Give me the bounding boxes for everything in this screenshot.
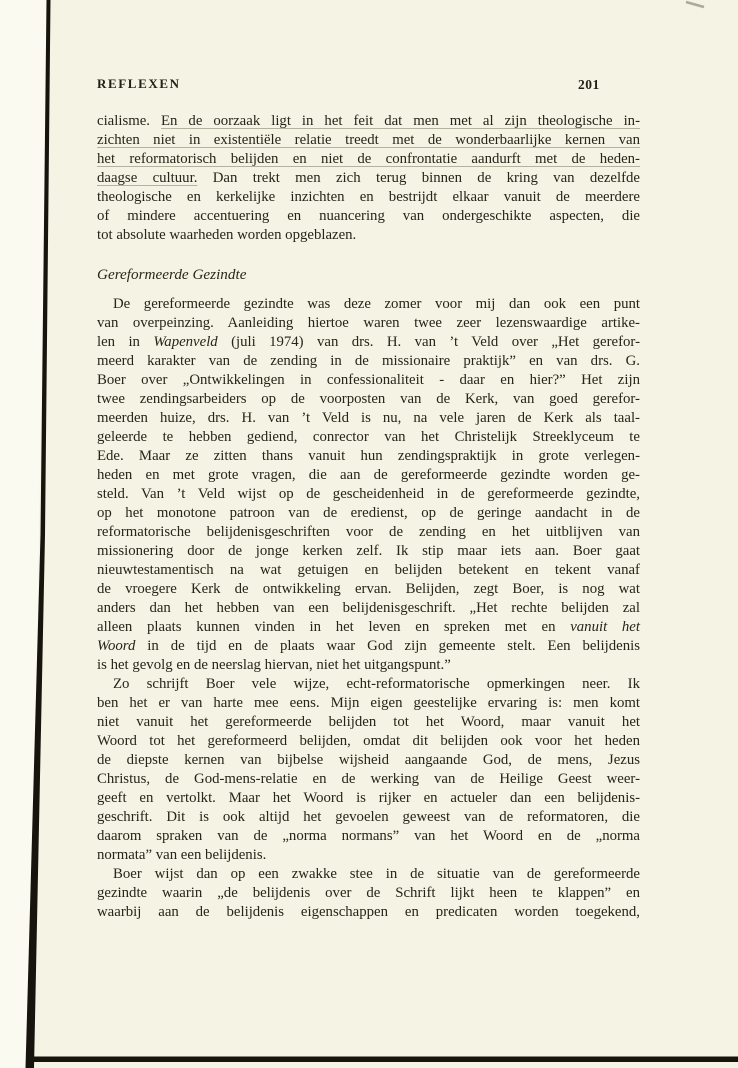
text-run: Boer wijst dan op een zwakke stee in de … [113, 866, 640, 882]
text-run: Zo schrijft Boer vele wijze, echt-reform… [113, 676, 640, 692]
text-line: de vroegere Kerk de ontwikkeling ervan. … [97, 580, 640, 599]
text-run: tot absolute waarheden worden opgeblazen… [97, 227, 356, 243]
text-run: is het gevolg en de neerslag hiervan, ni… [97, 657, 451, 673]
text-run: zichten niet in existentiële relatie tre… [97, 132, 640, 148]
text-line: geeft en vertolkt. Maar het Woord is rij… [97, 789, 640, 808]
text-line: gezindte waarin „de belijdenis over de S… [97, 884, 640, 903]
text-run: geleerde te hebben gediend, conrector va… [97, 429, 640, 445]
text-line: Woord in de tijd en de plaats waar God z… [97, 637, 640, 656]
text-line: van overpeinzing. Aanleiding hiertoe war… [97, 314, 640, 333]
text-run: En de oorzaak ligt in het feit dat men m… [161, 113, 640, 129]
text-run: geeft en vertolkt. Maar het Woord is rij… [97, 790, 640, 806]
paragraph: De gereformeerde gezindte was deze zomer… [97, 295, 640, 675]
text-run: len in [97, 334, 153, 350]
text-run: het reformatorisch belijden en niet de c… [97, 151, 640, 167]
text-run: de diepste kernen van bijbelse wijsheid … [97, 752, 640, 768]
text-line: daarom spraken van de „norma normans” va… [97, 827, 640, 846]
text-run: in de tijd en de plaats waar God zijn ge… [135, 638, 640, 654]
text-run: Boer over „Ontwikkelingen in confessiona… [97, 372, 640, 388]
text-line: geschrift. Dit is ook altijd het gevoele… [97, 808, 640, 827]
section-heading: Gereformeerde Gezindte [97, 265, 640, 284]
text-line: Christus, de God-mens-relatie en de werk… [97, 770, 640, 789]
page-edge-shadow-bottom [28, 1057, 738, 1063]
text-line: zichten niet in existentiële relatie tre… [97, 131, 640, 150]
text-line: heden en met grote vragen, die aan de ge… [97, 466, 640, 485]
text-line: steld. Van ’t Veld wijst op de gescheide… [97, 485, 640, 504]
text-line: cialisme. En de oorzaak ligt in het feit… [97, 112, 640, 131]
text-run: Wapenveld [153, 334, 217, 350]
text-line: missionering door de jonge kerken zelf. … [97, 542, 640, 561]
text-run: theologische en kerkelijke inzichten en … [97, 189, 640, 205]
text-line: De gereformeerde gezindte was deze zomer… [97, 295, 640, 314]
text-run: daarom spraken van de „norma normans” va… [97, 828, 640, 844]
text-run: twee zendingsarbeiders op de voorposten … [97, 391, 640, 407]
text-line: nieuwtestamentisch na wat getuigen en be… [97, 561, 640, 580]
text-run: gezindte waarin „de belijdenis over de S… [97, 885, 640, 901]
text-line: Ede. Maar ze zitten thans vanuit hun zen… [97, 447, 640, 466]
text-line: Zo schrijft Boer vele wijze, echt-reform… [97, 675, 640, 694]
text-line: reformatorische belijdenisgeschriften vo… [97, 523, 640, 542]
text-run: Woord [97, 638, 135, 654]
text-run: geschrift. Dit is ook altijd het gevoele… [97, 809, 640, 825]
text-run: (juli 1974) van drs. H. van ’t Veld over… [218, 334, 640, 350]
text-line: daagse cultuur. Dan trekt men zich terug… [97, 169, 640, 188]
text-line: op het monotone patroon van de eredienst… [97, 504, 640, 523]
text-line: meerden huize, drs. H. van ’t Veld is nu… [97, 409, 640, 428]
text-line: of mindere accentuering en nuancering va… [97, 207, 640, 226]
text-run: cialisme. [97, 113, 161, 129]
text-line: de diepste kernen van bijbelse wijsheid … [97, 751, 640, 770]
text-run: niet vanuit het gereformeerde belijden t… [97, 714, 640, 730]
text-line: twee zendingsarbeiders op de voorposten … [97, 390, 640, 409]
text-run: heden en met grote vragen, die aan de ge… [97, 467, 640, 483]
text-run: De gereformeerde gezindte was deze zomer… [113, 296, 640, 312]
text-line: meerd karakter van de zending in de miss… [97, 352, 640, 371]
text-run: de vroegere Kerk de ontwikkeling ervan. … [97, 581, 640, 597]
page-number: 201 [578, 77, 600, 93]
text-line: Woord tot het gereformeerd belijden, omd… [97, 732, 640, 751]
page-body: cialisme. En de oorzaak ligt in het feit… [97, 112, 640, 922]
text-run: normata” van een belijdenis. [97, 847, 266, 863]
text-run: alleen plaats kunnen vinden in het leven… [97, 619, 570, 635]
text-line: Boer wijst dan op een zwakke stee in de … [97, 865, 640, 884]
text-run: op het monotone patroon van de eredienst… [97, 505, 640, 521]
running-title: REFLEXEN [97, 76, 181, 92]
text-run: waarbij aan de belijdenis eigenschappen … [97, 904, 640, 920]
text-line: is het gevolg en de neerslag hiervan, ni… [97, 656, 640, 675]
text-run: meerden huize, drs. H. van ’t Veld is nu… [97, 410, 640, 426]
text-line: Boer over „Ontwikkelingen in confessiona… [97, 371, 640, 390]
text-run: of mindere accentuering en nuancering va… [97, 208, 640, 224]
text-run: daagse cultuur. [97, 170, 197, 186]
text-line: len in Wapenveld (juli 1974) van drs. H.… [97, 333, 640, 352]
text-run: nieuwtestamentisch na wat getuigen en be… [97, 562, 640, 578]
text-run: Dan trekt men zich terug binnen de kring… [197, 170, 640, 186]
text-line: waarbij aan de belijdenis eigenschappen … [97, 903, 640, 922]
text-line: theologische en kerkelijke inzichten en … [97, 188, 640, 207]
text-line: geleerde te hebben gediend, conrector va… [97, 428, 640, 447]
paragraph: Zo schrijft Boer vele wijze, echt-reform… [97, 675, 640, 865]
text-run: Christus, de God-mens-relatie en de werk… [97, 771, 640, 787]
text-run: meerd karakter van de zending in de miss… [97, 353, 640, 369]
text-run: steld. Van ’t Veld wijst op de gescheide… [97, 486, 640, 502]
text-line: alleen plaats kunnen vinden in het leven… [97, 618, 640, 637]
text-run: missionering door de jonge kerken zelf. … [97, 543, 640, 559]
text-run: Ede. Maar ze zitten thans vanuit hun zen… [97, 448, 640, 464]
paragraph: Boer wijst dan op een zwakke stee in de … [97, 865, 640, 922]
text-run: anders dan het hebben van een belijdenis… [97, 600, 640, 616]
text-run: Woord tot het gereformeerd belijden, omd… [97, 733, 640, 749]
text-run: van overpeinzing. Aanleiding hiertoe war… [97, 315, 640, 331]
scanned-book-page: { "header": { "running_title": "REFLEXEN… [0, 0, 738, 1068]
text-line: tot absolute waarheden worden opgeblazen… [97, 226, 640, 245]
text-line: normata” van een belijdenis. [97, 846, 640, 865]
paragraph: cialisme. En de oorzaak ligt in het feit… [97, 112, 640, 245]
text-line: ben het er van harte mee eens. Mijn eige… [97, 694, 640, 713]
text-line: niet vanuit het gereformeerde belijden t… [97, 713, 640, 732]
page-header: REFLEXEN 201 [97, 76, 640, 92]
text-run: vanuit het [570, 619, 640, 635]
text-run: reformatorische belijdenisgeschriften vo… [97, 524, 640, 540]
text-line: het reformatorisch belijden en niet de c… [97, 150, 640, 169]
text-line: anders dan het hebben van een belijdenis… [97, 599, 640, 618]
text-run: ben het er van harte mee eens. Mijn eige… [97, 695, 640, 711]
